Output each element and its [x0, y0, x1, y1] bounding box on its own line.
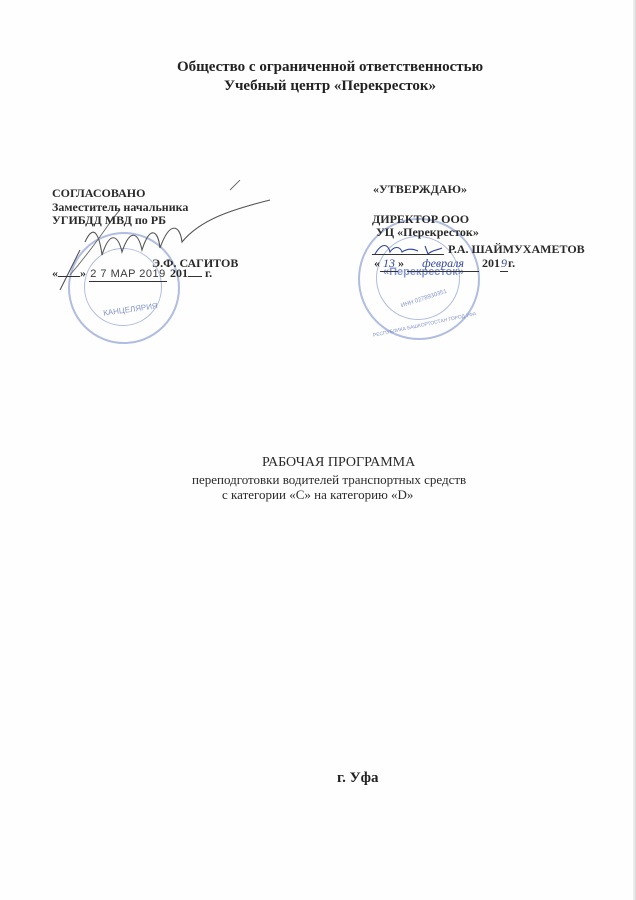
left-approval-position-line1: Заместитель начальника	[52, 201, 188, 215]
right-signatory-name: Р.А. ШАЙМУХАМЕТОВ	[448, 242, 585, 257]
organization-title-line2: Учебный центр «Перекресток»	[0, 77, 636, 96]
right-approval-block: ДИРЕКТОР ООО УЦ «Перекресток»	[372, 213, 479, 239]
city-label: г. Уфа	[337, 770, 379, 787]
program-subtitle-line2: с категории «С» на категорию «D»	[222, 487, 413, 503]
left-date-close-quote: »	[80, 266, 86, 280]
right-date-close-quote: »	[398, 256, 404, 270]
left-date-open-quote: «	[52, 266, 58, 280]
right-signatory-name-text: Р.А. ШАЙМУХАМЕТОВ	[448, 242, 585, 256]
left-approval-block: СОГЛАСОВАНО Заместитель начальника УГИБД…	[52, 187, 188, 228]
left-year-prefix: 201	[170, 266, 188, 280]
right-year-suffix: г.	[508, 256, 515, 270]
program-subtitle-line1: переподготовки водителей транспортных ср…	[192, 472, 466, 488]
right-signature-line	[372, 254, 444, 255]
left-approval-heading: СОГЛАСОВАНО	[52, 187, 188, 201]
right-approval-heading: «УТВЕРЖДАЮ»	[373, 182, 467, 197]
document-page: Общество с ограниченной ответственностью…	[0, 0, 636, 900]
right-date-month: февраля	[407, 256, 479, 272]
organization-title-line1: Общество с ограниченной ответственностью	[0, 58, 636, 77]
right-year-prefix: 201	[482, 256, 500, 270]
left-approval-position-line2: УГИБДД МВД по РБ	[52, 214, 188, 228]
left-year-suffix: г.	[205, 266, 212, 280]
right-date-day: 13	[380, 256, 398, 272]
organization-title: Общество с ограниченной ответственностью…	[0, 58, 636, 96]
right-year-digit: 9	[500, 256, 508, 272]
right-approval-position-line2: УЦ «Перекресток»	[372, 226, 479, 239]
program-title: РАБОЧАЯ ПРОГРАММА	[262, 455, 415, 471]
left-stamped-date: 2 7 MAP 2019	[90, 268, 166, 280]
right-approval-date: «13» февраля 2019г.	[374, 256, 515, 272]
left-approval-date: «» 2 7 MAP 2019 201 г.	[52, 266, 212, 282]
